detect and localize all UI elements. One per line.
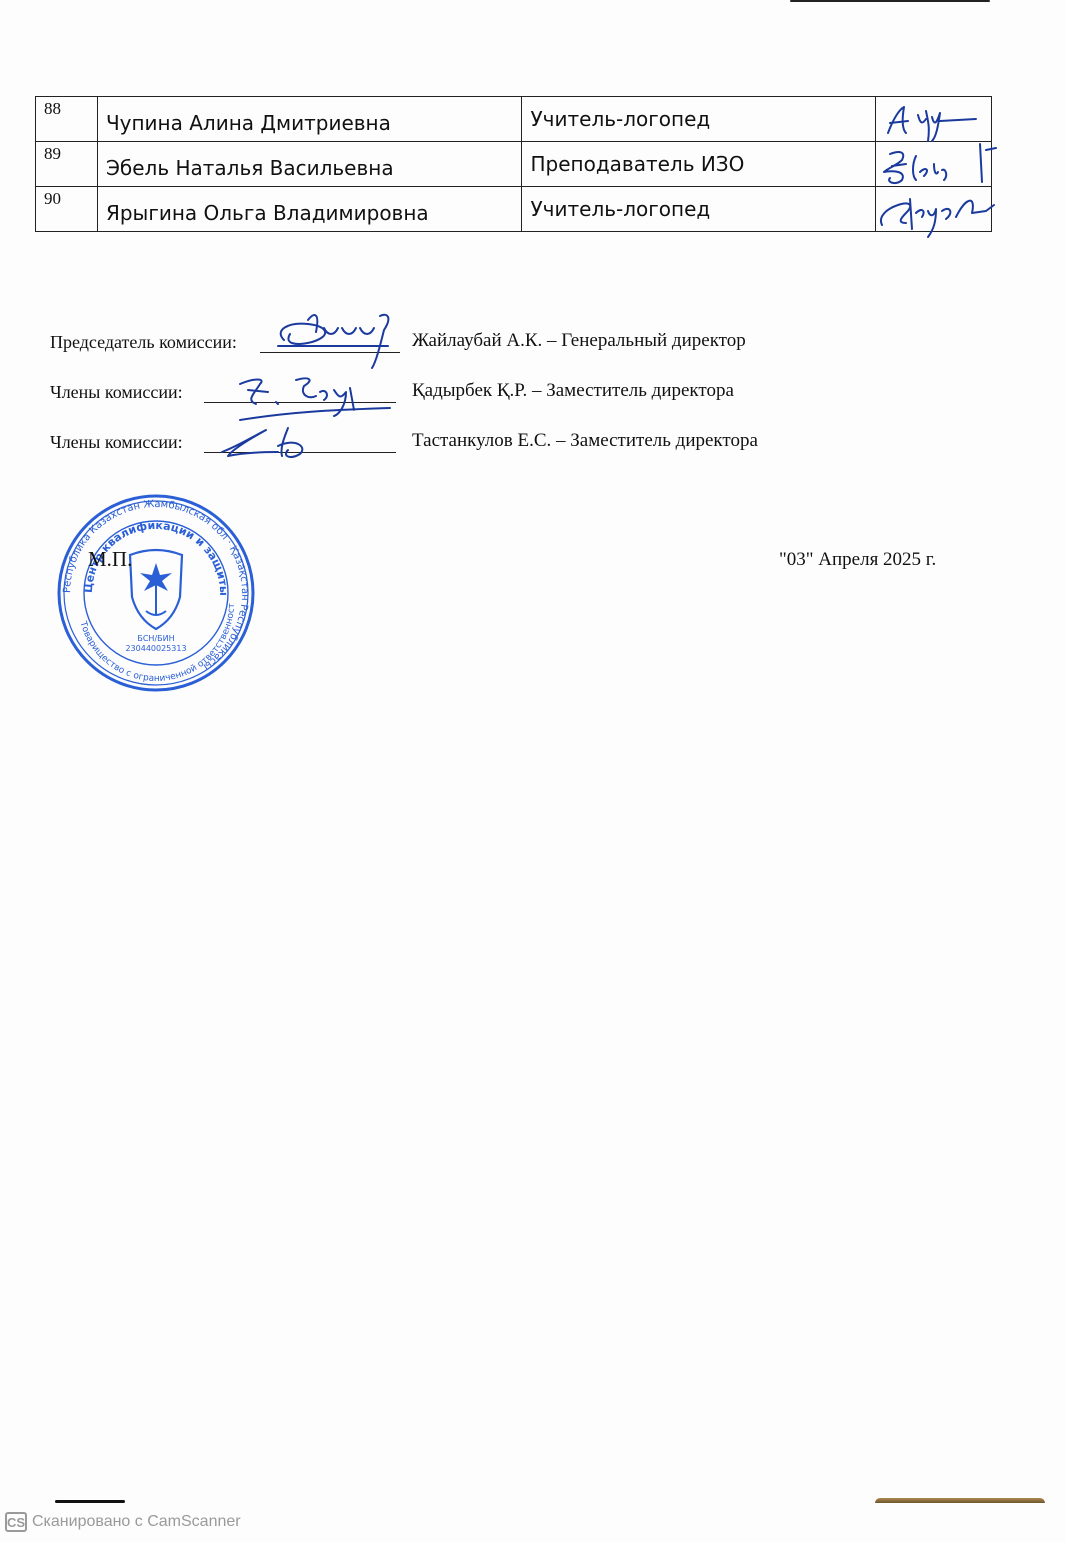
employee-position: Преподаватель ИЗО	[522, 142, 876, 187]
employee-name: Ярыгина Ольга Владимировна	[97, 187, 522, 232]
commission-block: Председатель комиссии: Жайлаубай А.К. – …	[50, 322, 850, 472]
svg-text:БСН/БИН: БСН/БИН	[137, 634, 174, 643]
employee-position: Учитель-логопед	[522, 187, 876, 232]
signature-cell	[876, 97, 992, 142]
employee-name: Чупина Алина Дмитриевна	[97, 97, 522, 142]
commission-member-row: Члены комиссии: Тастанкулов Е.С. – Замес…	[50, 422, 850, 472]
row-number: 89	[36, 142, 98, 187]
page-edge-shadow-bottom-left	[55, 1500, 125, 1503]
member-label: Члены комиссии:	[50, 432, 183, 453]
member-signature-icon	[230, 370, 400, 430]
official-stamp-icon: Республика Казахстан Жамбылская обл · Қа…	[56, 493, 256, 693]
svg-text:230440025313: 230440025313	[125, 644, 186, 653]
commission-chair-row: Председатель комиссии: Жайлаубай А.К. – …	[50, 322, 850, 372]
member-person: Қадырбек Қ.Р. – Заместитель директора	[412, 380, 734, 402]
watermark-text: Сканировано с CamScanner	[32, 1513, 241, 1531]
handwritten-signature-icon	[876, 97, 1006, 145]
page-edge-shadow-top	[790, 0, 990, 2]
row-number: 88	[36, 97, 98, 142]
table-row: 89 Эбель Наталья Васильевна Преподавател…	[36, 142, 992, 187]
handwritten-signature-icon	[876, 187, 1006, 235]
employee-name: Эбель Наталья Васильевна	[97, 142, 522, 187]
signature-cell	[876, 142, 992, 187]
camscanner-logo-icon: CS	[5, 1512, 27, 1532]
member-signature-icon	[218, 422, 328, 472]
signature-cell	[876, 187, 992, 232]
seal-place-label: М.П.	[88, 547, 132, 572]
handwritten-signature-icon	[876, 142, 1006, 190]
staff-signature-table: 88 Чупина Алина Дмитриевна Учитель-логоп…	[35, 96, 992, 232]
page-edge-shadow-bottom-right	[875, 1498, 1045, 1503]
table-row: 88 Чупина Алина Дмитриевна Учитель-логоп…	[36, 97, 992, 142]
document-date: "03" Апреля 2025 г.	[779, 549, 936, 571]
camscanner-watermark: CS Сканировано с CamScanner	[5, 1512, 241, 1532]
member-label: Члены комиссии:	[50, 382, 183, 403]
table-row: 90 Ярыгина Ольга Владимировна Учитель-ло…	[36, 187, 992, 232]
chair-person: Жайлаубай А.К. – Генеральный директор	[412, 330, 746, 352]
row-number: 90	[36, 187, 98, 232]
member-person: Тастанкулов Е.С. – Заместитель директора	[412, 430, 758, 452]
chair-label: Председатель комиссии:	[50, 332, 237, 353]
commission-member-row: Члены комиссии: Қадырбек Қ.Р. – Заместит…	[50, 372, 850, 422]
chair-signature-icon	[268, 306, 408, 376]
employee-position: Учитель-логопед	[522, 97, 876, 142]
